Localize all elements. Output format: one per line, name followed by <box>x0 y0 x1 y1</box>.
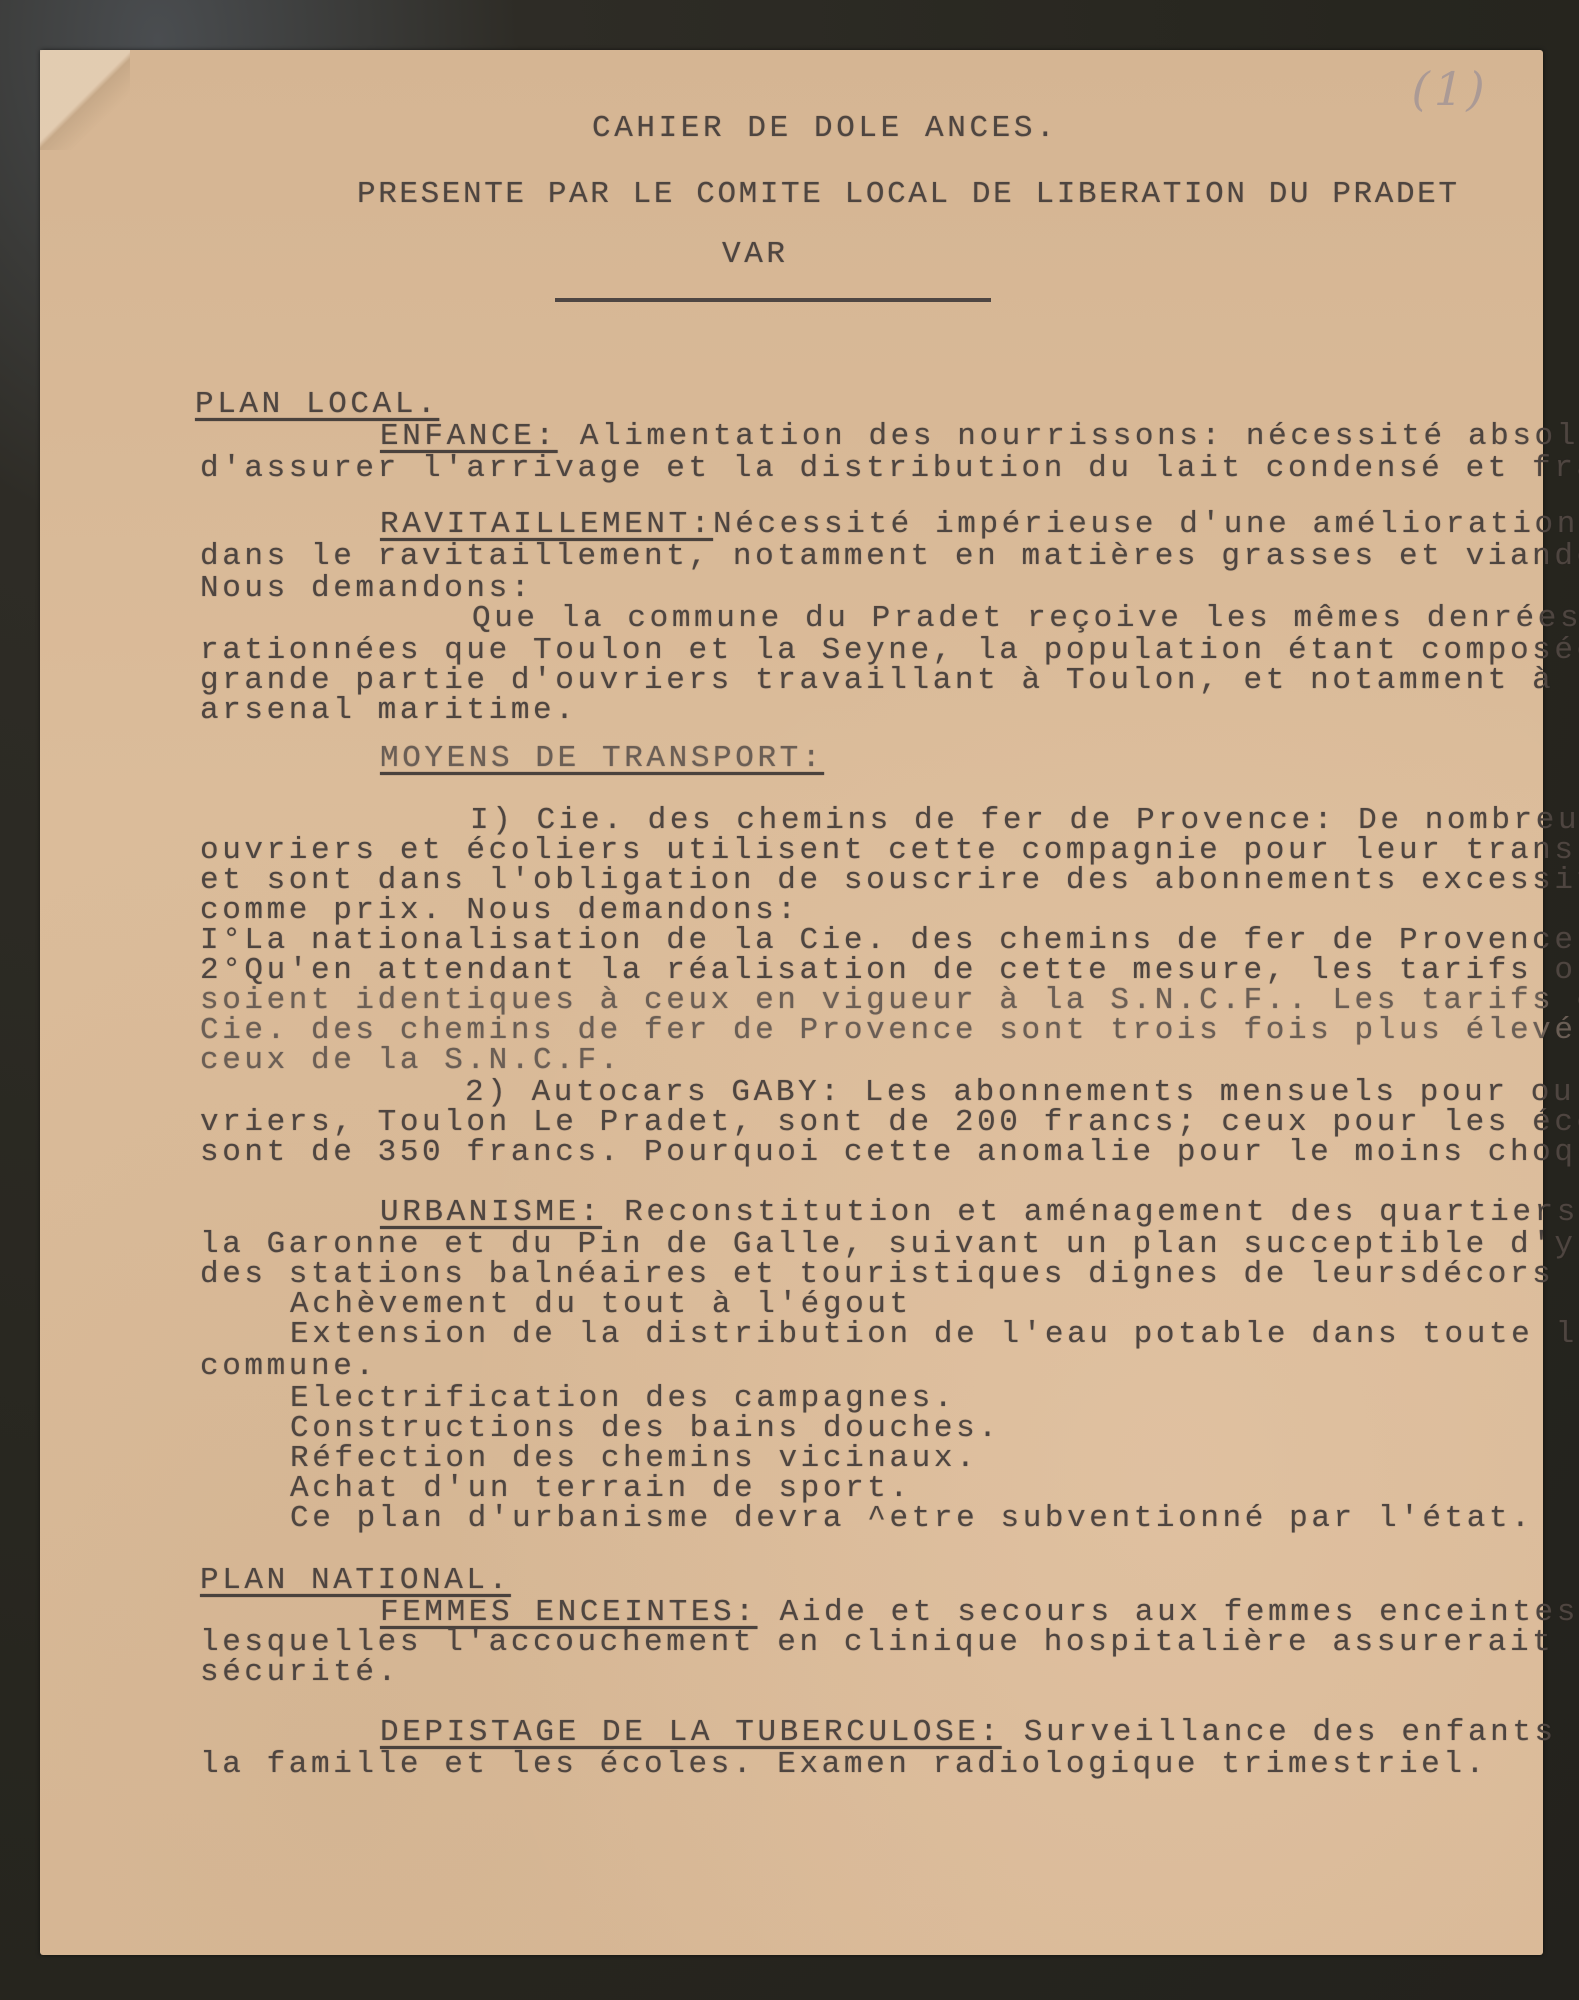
document-title: CAHIER DE DOLE ANCES. <box>592 112 1058 146</box>
section-heading-plan-national: PLAN NATIONAL. <box>200 1564 511 1598</box>
paragraph-urbanisme-line-1: URBANISME: Reconstitution et aménagement… <box>380 1196 1579 1230</box>
urbanisme-item-eau-potable: Extension de la distribution de l'eau po… <box>290 1318 1579 1352</box>
label-ravitaillement: RAVITAILLEMENT: <box>380 507 713 542</box>
paragraph-ravitaillement-line-4: Que la commune du Pradet reçoive les mêm… <box>472 602 1579 636</box>
document-region: VAR <box>722 238 789 272</box>
document-subtitle: PRESENTE PAR LE COMITE LOCAL DE LIBERATI… <box>357 178 1460 212</box>
transport-item-2-line-3: sont de 350 francs. Pourquoi cette anoma… <box>200 1136 1579 1170</box>
urbanisme-text: Reconstitution et aménagement des quarti… <box>602 1195 1579 1230</box>
urbanisme-subvention-note: Ce plan d'urbanisme devra ^etre subventi… <box>290 1502 1533 1536</box>
tuberculose-text: Surveillance des enfants dans <box>1002 1715 1579 1750</box>
paragraph-enfance-line-1: ENFANCE: Alimentation des nourrissons: n… <box>380 420 1579 454</box>
label-moyens-de-transport: MOYENS DE TRANSPORT: <box>380 742 824 776</box>
ravitaillement-text: Nécessité impérieuse d'une amélioration <box>713 507 1579 542</box>
label-depistage-tuberculose: DEPISTAGE DE LA TUBERCULOSE: <box>380 1715 1002 1750</box>
section-heading-plan-local: PLAN LOCAL. <box>195 388 439 422</box>
urbanisme-item-eau-potable-cont: commune. <box>200 1350 378 1384</box>
paragraph-tuberculose-line-1: DEPISTAGE DE LA TUBERCULOSE: Surveillanc… <box>380 1716 1579 1750</box>
enfance-text: Alimentation des nourrissons: nécessité … <box>558 419 1579 454</box>
paragraph-femmes-line-2: lesquelles l'accouchement en clinique ho… <box>200 1626 1579 1660</box>
paragraph-ravitaillement-line-2: dans le ravitaillement, notamment en mat… <box>200 540 1579 574</box>
label-enfance: ENFANCE: <box>380 419 558 454</box>
paragraph-ravitaillement-line-7: arsenal maritime. <box>200 694 577 728</box>
paragraph-ravitaillement-line-1: RAVITAILLEMENT:Nécessité impérieuse d'un… <box>380 508 1579 542</box>
page-number-handwritten: (1) <box>1406 62 1495 116</box>
paragraph-tuberculose-line-2: la famille et les écoles. Examen radiolo… <box>200 1748 1488 1782</box>
header-divider <box>555 298 991 302</box>
label-urbanisme: URBANISME: <box>380 1195 602 1230</box>
transport-item-1-line-9: ceux de la S.N.C.F. <box>200 1044 622 1078</box>
paragraph-enfance-line-2: d'assurer l'arrivage et la distribution … <box>200 452 1579 486</box>
paragraph-femmes-line-3: sécurité. <box>200 1656 400 1690</box>
